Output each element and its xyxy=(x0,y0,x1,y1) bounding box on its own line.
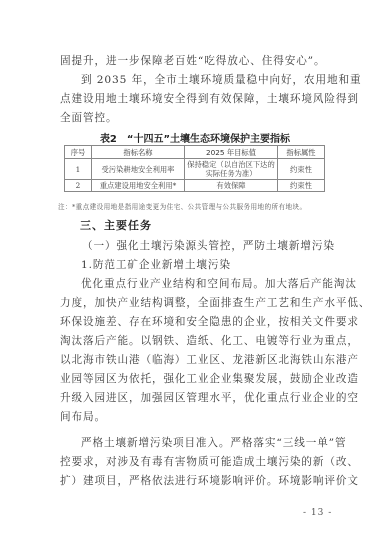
document-page: 固提升，进一步保障老百姓“吃得放心、住得安心”。 到 2035 年，全市土壤环境… xyxy=(0,0,390,551)
cell-attribute: 约束性 xyxy=(278,159,325,180)
paragraph-line: 升级入园进区，加强园区管理水平，优化重点行业企业的空 xyxy=(60,391,332,405)
header-cell-name: 指标名称 xyxy=(92,146,185,159)
table-row: 2 重点建设用地安全利用* 有效保障 约束性 xyxy=(65,180,325,192)
cell-index: 2 xyxy=(65,180,92,192)
cell-attribute: 约束性 xyxy=(278,180,325,192)
cell-index: 1 xyxy=(65,159,92,180)
table-header-row: 序号 指标名称 2025 年目标值 指标属性 xyxy=(65,146,325,159)
paragraph-line: 控要求，对涉及有毒有害物质可能造成土壤污染的新（改、 xyxy=(60,455,332,469)
indicator-table: 序号 指标名称 2025 年目标值 指标属性 1 受污染耕地安全利用率 保持稳定… xyxy=(64,145,325,192)
paragraph-line: 严格土壤新增污染项目准入。严格落实“三线一单”管 xyxy=(81,436,332,450)
table-note: 注：*重点建设用地是指用途变更为住宅、公共管理与公共服务用地的所有地块。 xyxy=(58,201,306,211)
page-number: - 13 - xyxy=(303,508,332,518)
cell-name: 受污染耕地安全利用率 xyxy=(92,159,185,180)
paragraph-line: 优化重点行业产业结构和空间布局。加大落后产能淘汰 xyxy=(81,277,332,291)
header-cell-target: 2025 年目标值 xyxy=(185,146,278,159)
paragraph-line: 全面管控。 xyxy=(60,111,332,125)
paragraph-line: 点建设用地土壤环境安全得到有效保障，土壤环境风险得到 xyxy=(60,92,332,106)
paragraph-line: 业园等园区为依托，强化工业企业集聚发展，鼓励企业改造 xyxy=(60,372,332,386)
paragraph-line: 淘汰落后产能。以钢铁、造纸、化工、电镀等行业为重点， xyxy=(60,334,332,348)
section-heading: 三、主要任务 xyxy=(80,217,152,233)
cell-name: 重点建设用地安全利用* xyxy=(92,180,185,192)
header-cell-attribute: 指标属性 xyxy=(278,146,325,159)
paragraph-line: 力度，加快产业结构调整，全面排查生产工艺和生产水平低、 xyxy=(60,296,332,310)
cell-target: 保持稳定（以自治区下达的实际任务为准） xyxy=(185,159,278,180)
paragraph-line: 固提升，进一步保障老百姓“吃得放心、住得安心”。 xyxy=(60,54,332,68)
paragraph-line: 到 2035 年，全市土壤环境质量稳中向好，农用地和重 xyxy=(81,73,332,87)
table-row: 1 受污染耕地安全利用率 保持稳定（以自治区下达的实际任务为准） 约束性 xyxy=(65,159,325,180)
item-heading: 1.防范工矿企业新增土壤污染 xyxy=(81,258,332,272)
cell-target: 有效保障 xyxy=(185,180,278,192)
paragraph-line: 间布局。 xyxy=(60,410,332,424)
header-cell-index: 序号 xyxy=(65,146,92,159)
table-caption: 表2 “十四五”土壤生态环境保护主要指标 xyxy=(0,130,390,145)
paragraph-line: 以北海市铁山港（临海）工业区、龙港新区北海铁山东港产 xyxy=(60,353,332,367)
paragraph-line: 环保设施差、存在环境和安全隐患的企业，按相关文件要求 xyxy=(60,315,332,329)
paragraph-line: 扩）建项目，严格依法进行环境影响评价。环境影响评价文 xyxy=(60,474,332,488)
subsection-heading: （一）强化土壤污染源头管控，严防土壤新增污染 xyxy=(82,239,333,253)
